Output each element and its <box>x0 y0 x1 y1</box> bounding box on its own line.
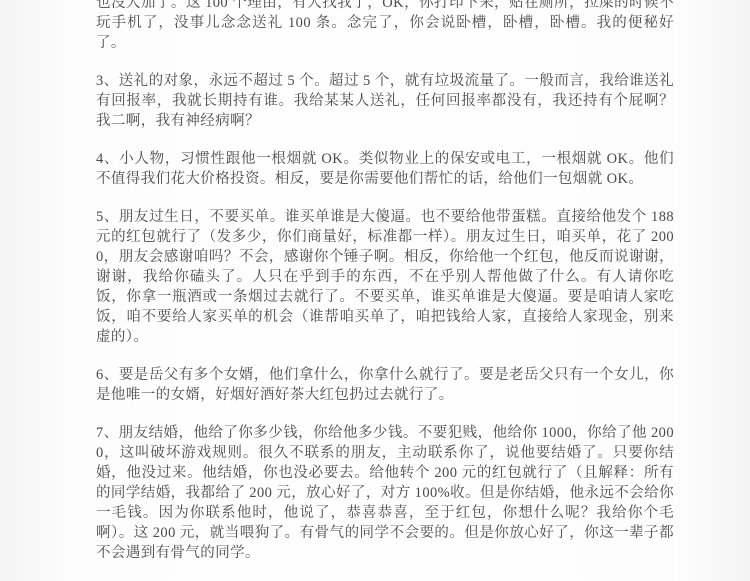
paragraph-item-4: 4、小人物，习惯性跟他一根烟就 OK。类似物业上的保安或电工，一根烟就 OK。他… <box>96 149 674 189</box>
paragraph-item-7: 7、朋友结婚，他给了你多少钱，你给他多少钱。不要犯贱，他给你 1000，你给了他… <box>96 423 674 500</box>
paragraph-item-5: 5、朋友过生日，不要买单。谁买单谁是大傻逼。也不要给他带蛋糕。直接给他发个 18… <box>96 207 674 347</box>
document-page: 也没人加了。这 100 个理由，有人找我了，OK，你打印下来，贴在厕所，拉屎的时… <box>96 0 674 500</box>
paragraph-item-2-tail: 也没人加了。这 100 个理由，有人找我了，OK，你打印下来，贴在厕所，拉屎的时… <box>96 0 674 53</box>
paragraph-item-6: 6、要是岳父有多个女婿，他们拿什么，你拿什么就行了。要是老岳父只有一个女儿，你是… <box>96 365 674 405</box>
paragraph-item-3: 3、送礼的对象，永远不超过 5 个。超过 5 个，就有垃圾流量了。一般而言，我给… <box>96 71 674 131</box>
